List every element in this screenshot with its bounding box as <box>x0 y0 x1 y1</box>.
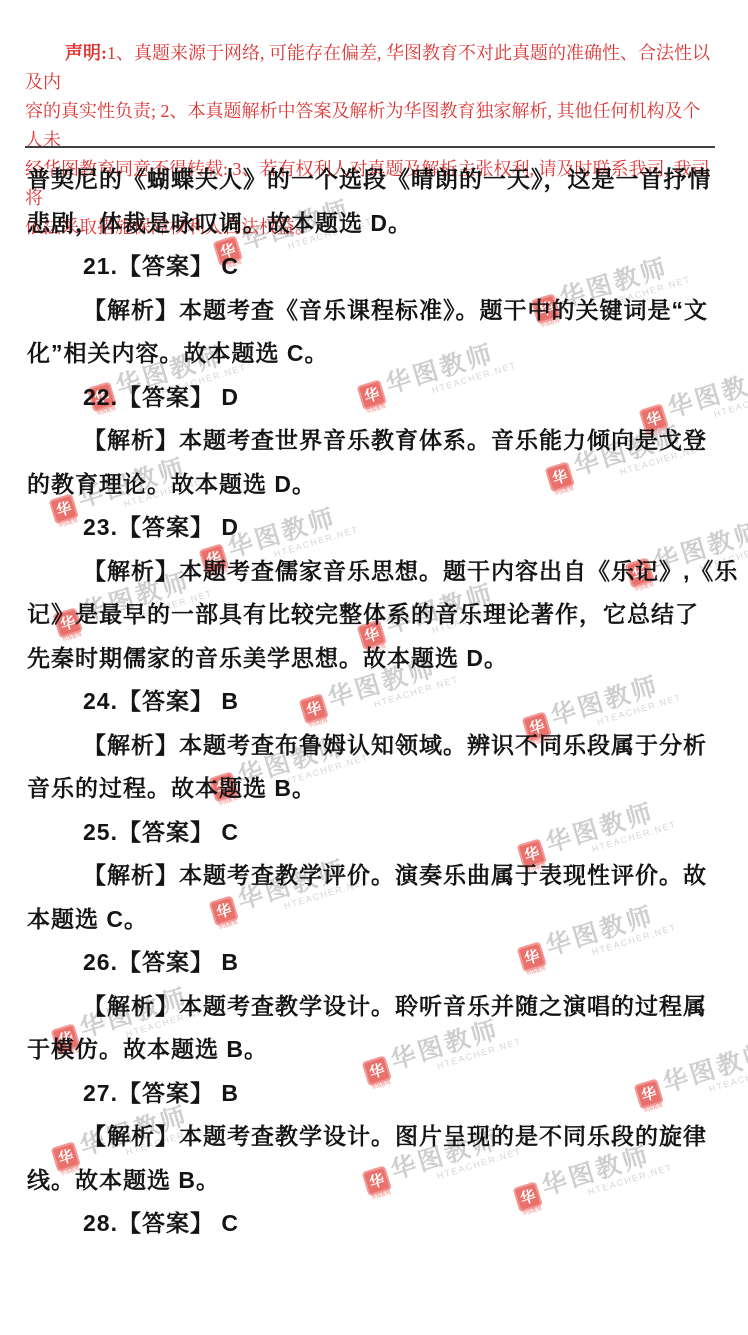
disclaimer-text: 1、真题来源于网络, 可能存在偏差, 华图教育不对此真题的准确性、合法性以及内 <box>25 43 710 92</box>
content-line: 27.【答案】 B <box>27 1072 719 1116</box>
document-page: 华 华图教师 华图教师 HTEACHER.NET 华 华图教师 华图教师 HTE… <box>0 0 748 1335</box>
content-line: 悲剧，体裁是咏叹调。故本题选 D。 <box>27 202 719 246</box>
content-line: 【解析】本题考查世界音乐教育体系。音乐能力倾向是戈登 <box>27 419 719 463</box>
content-line: 记》是最早的一部具有比较完整体系的音乐理论著作，它总结了 <box>27 593 719 637</box>
answer-key-content: 普契尼的《蝴蝶夫人》的一个选段《晴朗的一天》，这是一首抒情 悲剧，体裁是咏叹调。… <box>27 158 719 1246</box>
content-line: 23.【答案】 D <box>27 506 719 550</box>
content-line: 25.【答案】 C <box>27 811 719 855</box>
content-line: 【解析】本题考查教学评价。演奏乐曲属于表现性评价。故 <box>27 854 719 898</box>
content-line: 28.【答案】 C <box>27 1202 719 1246</box>
content-line: 先秦时期儒家的音乐美学思想。故本题选 D。 <box>27 637 719 681</box>
content-line: 线。故本题选 B。 <box>27 1159 719 1203</box>
content-line: 【解析】本题考查儒家音乐思想。题干内容出自《乐记》,《乐 <box>27 550 719 594</box>
content-line: 普契尼的《蝴蝶夫人》的一个选段《晴朗的一天》，这是一首抒情 <box>27 158 719 202</box>
disclaimer-line: 声明:1、真题来源于网络, 可能存在偏差, 华图教育不对此真题的准确性、合法性以… <box>25 39 715 97</box>
content-line: 【解析】本题考查布鲁姆认知领域。辨识不同乐段属于分析 <box>27 724 719 768</box>
content-line: 【解析】本题考查《音乐课程标准》。题干中的关键词是“文 <box>27 289 719 333</box>
disclaimer-label: 声明: <box>65 43 107 63</box>
content-line: 【解析】本题考查教学设计。图片呈现的是不同乐段的旋律 <box>27 1115 719 1159</box>
content-line: 化”相关内容。故本题选 C。 <box>27 332 719 376</box>
content-line: 本题选 C。 <box>27 898 719 942</box>
content-line: 的教育理论。故本题选 D。 <box>27 463 719 507</box>
content-line: 24.【答案】 B <box>27 680 719 724</box>
content-line: 21.【答案】 C <box>27 245 719 289</box>
content-line: 于模仿。故本题选 B。 <box>27 1028 719 1072</box>
separator-line <box>25 146 715 148</box>
content-line: 音乐的过程。故本题选 B。 <box>27 767 719 811</box>
content-line: 22.【答案】 D <box>27 376 719 420</box>
content-line: 26.【答案】 B <box>27 941 719 985</box>
disclaimer-text: 容的真实性负责; 2、本真题解析中答案及解析为华图教育独家解析, 其他任何机构及… <box>25 101 701 150</box>
content-line: 【解析】本题考查教学设计。聆听音乐并随之演唱的过程属 <box>27 985 719 1029</box>
